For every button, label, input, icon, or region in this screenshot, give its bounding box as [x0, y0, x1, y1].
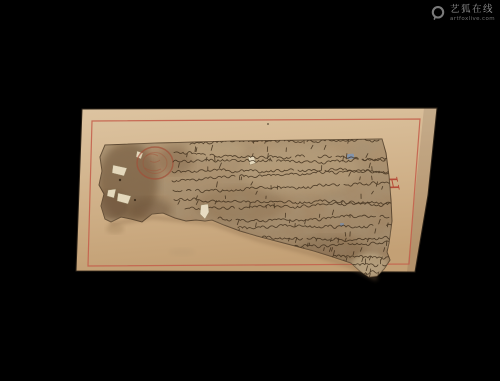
watermark-brand-text: 艺狐在线 — [450, 5, 495, 15]
photograph: H — [0, 0, 500, 381]
card-stain — [169, 248, 195, 256]
card-stain — [106, 224, 124, 234]
watermark-logo-icon — [430, 5, 446, 22]
watermark-domain-text: artfoxlive.com — [450, 16, 495, 22]
red-seal-stamp — [137, 147, 173, 179]
watermark: 艺狐在线 artfoxlive.com — [430, 5, 495, 22]
card-speck — [267, 123, 269, 125]
photo-canvas: H — [0, 0, 500, 381]
